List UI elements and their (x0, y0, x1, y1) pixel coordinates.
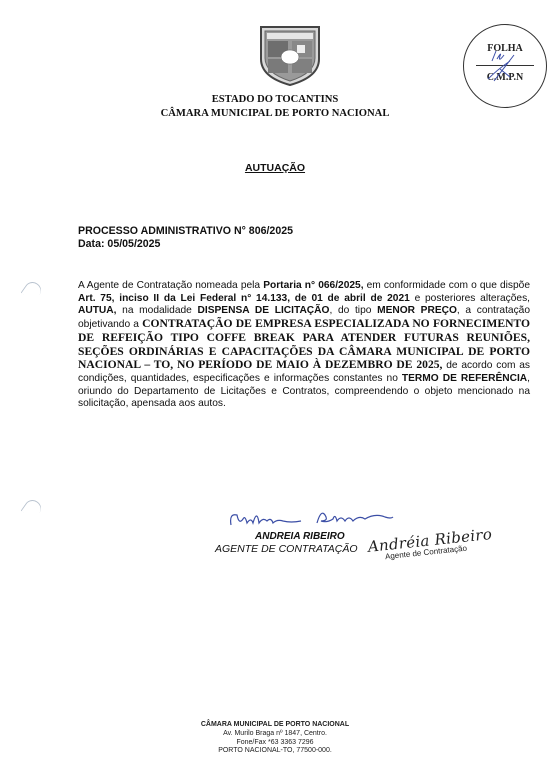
body-text-run: AUTUA, (78, 305, 116, 316)
punch-hole-mark (21, 497, 45, 521)
footer-org: CÂMARA MUNICIPAL DE PORTO NACIONAL (0, 721, 550, 730)
handwritten-signature-icon (225, 505, 405, 533)
body-text-run: MENOR PREÇO (377, 305, 457, 316)
footer-city: PORTO NACIONAL-TO, 77500-000. (0, 747, 550, 756)
body-text-run: , do tipo (329, 305, 377, 316)
municipal-crest-icon (257, 23, 323, 87)
body-text-run: em conformidade com o que dispõe (364, 280, 530, 291)
signer-role: AGENTE DE CONTRATAÇÃO (215, 543, 358, 555)
body-paragraph: A Agente de Contratação nomeada pela Por… (78, 280, 530, 411)
footer-phone: Fone/Fax *63 3363 7296 (0, 739, 550, 748)
process-block: PROCESSO ADMINISTRATIVO N° 806/2025 Data… (78, 225, 293, 250)
body-text-run: TERMO DE REFERÊNCIA (402, 373, 527, 384)
footer-address: Av. Murilo Braga nº 1847, Centro. (0, 730, 550, 739)
signer-name: ANDREIA RIBEIRO (255, 531, 345, 542)
body-text-run: na modalidade (116, 305, 197, 316)
body-text-run: Art. 75, inciso II da Lei Federal n° 14.… (78, 293, 410, 304)
process-date: Data: 05/05/2025 (78, 238, 293, 251)
punch-hole-mark (21, 279, 45, 303)
process-number: PROCESSO ADMINISTRATIVO N° 806/2025 (78, 225, 293, 238)
body-text-run: A Agente de Contratação nomeada pela (78, 280, 263, 291)
footer: CÂMARA MUNICIPAL DE PORTO NACIONAL Av. M… (0, 721, 550, 756)
body-text-run: Portaria n° 066/2025, (263, 280, 363, 291)
handwritten-page-number-icon (464, 25, 546, 107)
body-text-run: DISPENSA DE LICITAÇÃO (198, 305, 330, 316)
body-text-run: e posteriores alterações, (410, 293, 530, 304)
chamber-heading: CÂMARA MUNICIPAL DE PORTO NACIONAL (0, 108, 550, 119)
folha-stamp: FOLHA C.M.P.N (463, 24, 547, 108)
document-title: AUTUAÇÃO (0, 162, 550, 174)
